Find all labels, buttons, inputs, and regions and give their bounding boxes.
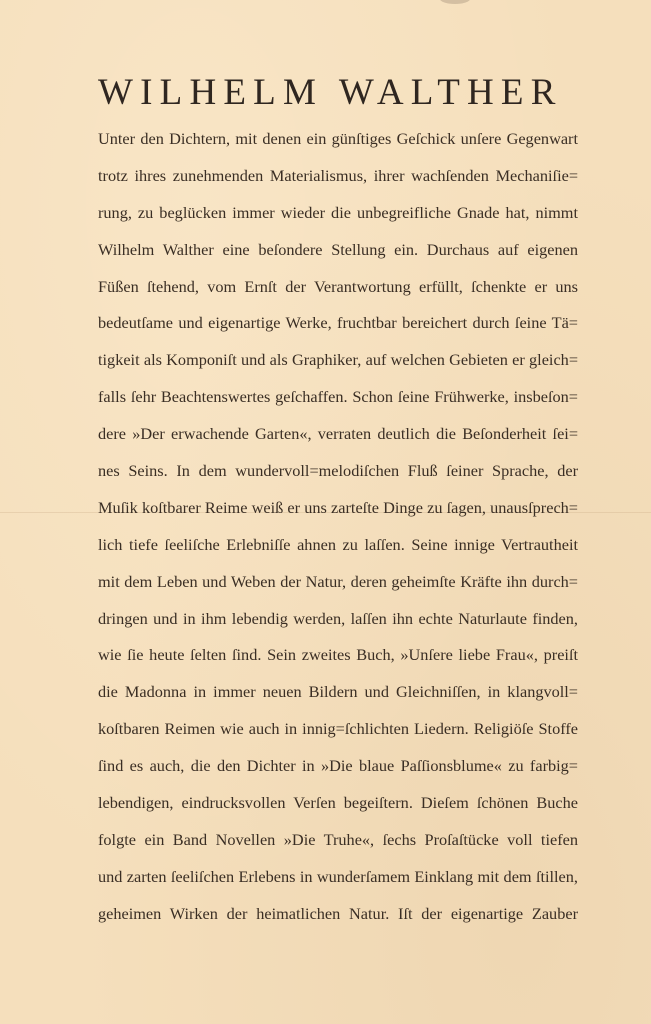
text-line: nes Seins. In dem wundervoll=melodiſchen…	[98, 453, 578, 490]
document-title: WILHELM WALTHER	[98, 68, 578, 118]
text-line: Unter den Dichtern, mit denen ein günſti…	[98, 121, 578, 158]
text-line: dringen und in ihm lebendig werden, laſſ…	[98, 601, 578, 638]
text-line: tigkeit als Komponiſt und als Graphiker,…	[98, 342, 578, 379]
text-line: dere »Der erwachende Garten«, verraten d…	[98, 416, 578, 453]
text-line: lich tiefe ſeeliſche Erlebniſſe ahnen zu…	[98, 527, 578, 564]
text-line: bedeutſame und eigenartige Werke, frucht…	[98, 305, 578, 342]
text-line: lebendigen, eindrucksvollen Verſen begei…	[98, 785, 578, 822]
text-line: rung, zu beglücken immer wieder die unbe…	[98, 195, 578, 232]
text-line: Wilhelm Walther eine beſondere Stellung …	[98, 232, 578, 269]
text-line: wie ſie heute ſelten ſind. Sein zweites …	[98, 637, 578, 674]
text-line: mit dem Leben und Weben der Natur, deren…	[98, 564, 578, 601]
text-line: die Madonna in immer neuen Bildern und G…	[98, 674, 578, 711]
text-line: trotz ihres zunehmenden Materialismus, i…	[98, 158, 578, 195]
text-line: koſtbaren Reimen wie auch in innig=ſchli…	[98, 711, 578, 748]
text-line: und zarten ſeeliſchen Erlebens in wunder…	[98, 859, 578, 896]
text-line: Muſik koſtbarer Reime weiß er uns zarteſ…	[98, 490, 578, 527]
paper-stain	[440, 0, 470, 4]
document-body: Unter den Dichtern, mit denen ein günſti…	[98, 121, 578, 933]
text-line: geheimen Wirken der heimatlichen Natur. …	[98, 896, 578, 933]
text-line: falls ſehr Beachtenswertes geſchaffen. S…	[98, 379, 578, 416]
text-line: ſind es auch, die den Dichter in »Die bl…	[98, 748, 578, 785]
document-page: WILHELM WALTHER Unter den Dichtern, mit …	[0, 0, 651, 1024]
text-line: Füßen ſtehend, vom Ernſt der Verantwortu…	[98, 269, 578, 306]
text-line: folgte ein Band Novellen »Die Truhe«, ſe…	[98, 822, 578, 859]
